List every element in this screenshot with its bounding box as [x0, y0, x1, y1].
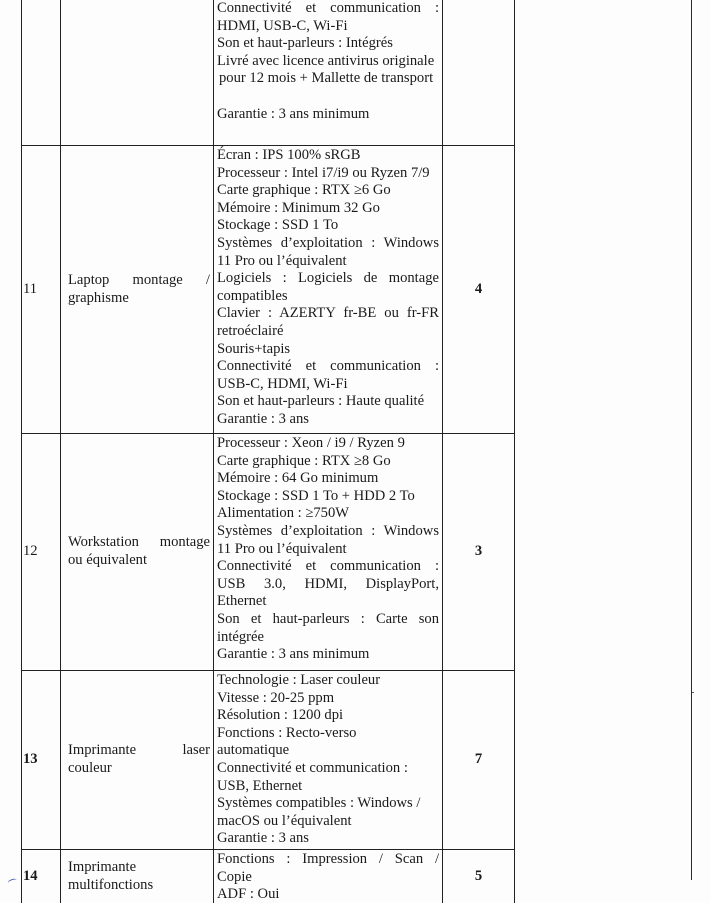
- item-number-cell: 14: [22, 850, 61, 903]
- spec-line: Livré avec licence antivirus originale: [217, 53, 439, 71]
- spec-line: Alimentation : ≥750W: [217, 505, 439, 523]
- spec-line: intégrée: [217, 629, 439, 647]
- spec-line: HDMI, USB-C, Wi-Fi: [217, 18, 439, 36]
- spec-line: Processeur : Intel i7/i9 ou Ryzen 7/9: [217, 165, 439, 183]
- item-number: 11: [23, 281, 37, 297]
- item-quantity-cell: [443, 0, 515, 146]
- spec-line: Son et haut-parleurs : Intégrés: [217, 35, 439, 53]
- spec-line: Garantie : 3 ans: [217, 830, 439, 848]
- spec-line: Systèmes compatibles : Windows /: [217, 795, 439, 813]
- item-quantity-cell: 3: [443, 434, 515, 671]
- item-name: Workstation montage ou équivalent: [68, 534, 210, 569]
- spec-line: ADF : Oui: [217, 886, 439, 903]
- item-quantity-cell: 5: [443, 850, 515, 903]
- item-quantity-cell: 4: [443, 146, 515, 434]
- spec-line: Son et haut-parleurs : Carte son: [217, 611, 439, 629]
- spec-line: Écran : IPS 100% sRGB: [217, 147, 439, 165]
- table-row: 14 Imprimante multifonctions Fonctions :…: [22, 850, 515, 903]
- spec-line: USB, Ethernet: [217, 778, 439, 796]
- item-specs-cell: Écran : IPS 100% sRGBProcesseur : Intel …: [214, 146, 443, 434]
- item-specs-cell: Connectivité et communication :HDMI, USB…: [214, 0, 443, 146]
- spec-line: Processeur : Xeon / i9 / Ryzen 9: [217, 435, 439, 453]
- spec-line: Logiciels : Logiciels de montage: [217, 270, 439, 288]
- spec-line: Mémoire : Minimum 32 Go: [217, 200, 439, 218]
- item-name: Imprimante laser couleur: [68, 742, 210, 777]
- spec-line: Stockage : SSD 1 To: [217, 217, 439, 235]
- spec-line: Copie: [217, 869, 439, 887]
- item-name-cell: Laptop montage / graphisme: [61, 146, 214, 434]
- item-number-cell: 13: [22, 671, 61, 850]
- table-row: 13 Imprimante laser couleur Technologie …: [22, 671, 515, 850]
- spec-line: compatibles: [217, 288, 439, 306]
- spec-line: Fonctions : Recto-verso: [217, 725, 439, 743]
- scanned-page: Connectivité et communication :HDMI, USB…: [0, 0, 711, 903]
- spec-line: Vitesse : 20-25 ppm: [217, 690, 439, 708]
- table-body: Connectivité et communication :HDMI, USB…: [22, 0, 515, 903]
- item-name: Imprimante multifonctions: [68, 859, 210, 894]
- spec-line: Systèmes d’exploitation : Windows: [217, 235, 439, 253]
- spec-line: Résolution : 1200 dpi: [217, 707, 439, 725]
- spec-line: Carte graphique : RTX ≥6 Go: [217, 182, 439, 200]
- spec-line: Garantie : 3 ans: [217, 411, 439, 429]
- item-specs-cell: Technologie : Laser couleurVitesse : 20-…: [214, 671, 443, 850]
- item-name-cell: Imprimante laser couleur: [61, 671, 214, 850]
- spec-line: Stockage : SSD 1 To + HDD 2 To: [217, 488, 439, 506]
- item-quantity: 4: [475, 281, 482, 297]
- item-number-cell: [22, 0, 61, 146]
- table-row: Connectivité et communication :HDMI, USB…: [22, 0, 515, 146]
- spec-line: Connectivité et communication :: [217, 0, 439, 18]
- spec-line: Connectivité et communication :: [217, 358, 439, 376]
- spec-line: macOS ou l’équivalent: [217, 813, 439, 831]
- spec-line: Fonctions : Impression / Scan /: [217, 851, 439, 869]
- spec-line: Systèmes d’exploitation : Windows: [217, 523, 439, 541]
- item-quantity: 3: [475, 543, 482, 559]
- equipment-spec-table: Connectivité et communication :HDMI, USB…: [21, 0, 515, 903]
- item-number-cell: 11: [22, 146, 61, 434]
- item-quantity: 5: [475, 868, 482, 884]
- item-specs-cell: Processeur : Xeon / i9 / Ryzen 9Carte gr…: [214, 434, 443, 671]
- spec-line: Connectivité et communication :: [217, 760, 439, 778]
- margin-tick-mark: [692, 692, 694, 693]
- table-row: 12 Workstation montage ou équivalent Pro…: [22, 434, 515, 671]
- item-number-cell: 12: [22, 434, 61, 671]
- item-quantity: 7: [475, 751, 482, 767]
- spec-line: retroéclairé: [217, 323, 439, 341]
- item-name-cell: Imprimante multifonctions: [61, 850, 214, 903]
- item-quantity-cell: 7: [443, 671, 515, 850]
- item-number: 13: [23, 751, 38, 767]
- item-specs-cell: Fonctions : Impression / Scan /CopieADF …: [214, 850, 443, 903]
- item-number: 12: [23, 543, 38, 559]
- spec-line: Mémoire : 64 Go minimum: [217, 470, 439, 488]
- item-name-cell: [61, 0, 214, 146]
- spec-line: 11 Pro ou l’équivalent: [217, 541, 439, 559]
- spec-line: USB 3.0, HDMI, DisplayPort,: [217, 576, 439, 594]
- spec-line: Connectivité et communication :: [217, 558, 439, 576]
- item-number: 14: [23, 868, 38, 884]
- pen-mark: [7, 878, 17, 886]
- spec-line: Carte graphique : RTX ≥8 Go: [217, 453, 439, 471]
- spec-line: automatique: [217, 742, 439, 760]
- spec-line: Garantie : 3 ans minimum: [217, 646, 439, 664]
- spec-line: Garantie : 3 ans minimum: [217, 106, 439, 124]
- item-name-cell: Workstation montage ou équivalent: [61, 434, 214, 671]
- page-margin-line: [691, 0, 692, 880]
- spec-line: USB-C, HDMI, Wi-Fi: [217, 376, 439, 394]
- spec-line: Technologie : Laser couleur: [217, 672, 439, 690]
- spec-line: [217, 88, 439, 106]
- table-row: 11 Laptop montage / graphisme Écran : IP…: [22, 146, 515, 434]
- spec-line: pour 12 mois + Mallette de transport: [217, 70, 439, 88]
- spec-line: Son et haut-parleurs : Haute qualité: [217, 393, 439, 411]
- spec-line: Ethernet: [217, 593, 439, 611]
- item-name: Laptop montage / graphisme: [68, 272, 210, 307]
- spec-line: 11 Pro ou l’équivalent: [217, 253, 439, 271]
- spec-line: Clavier : AZERTY fr-BE ou fr-FR: [217, 305, 439, 323]
- spec-line: Souris+tapis: [217, 341, 439, 359]
